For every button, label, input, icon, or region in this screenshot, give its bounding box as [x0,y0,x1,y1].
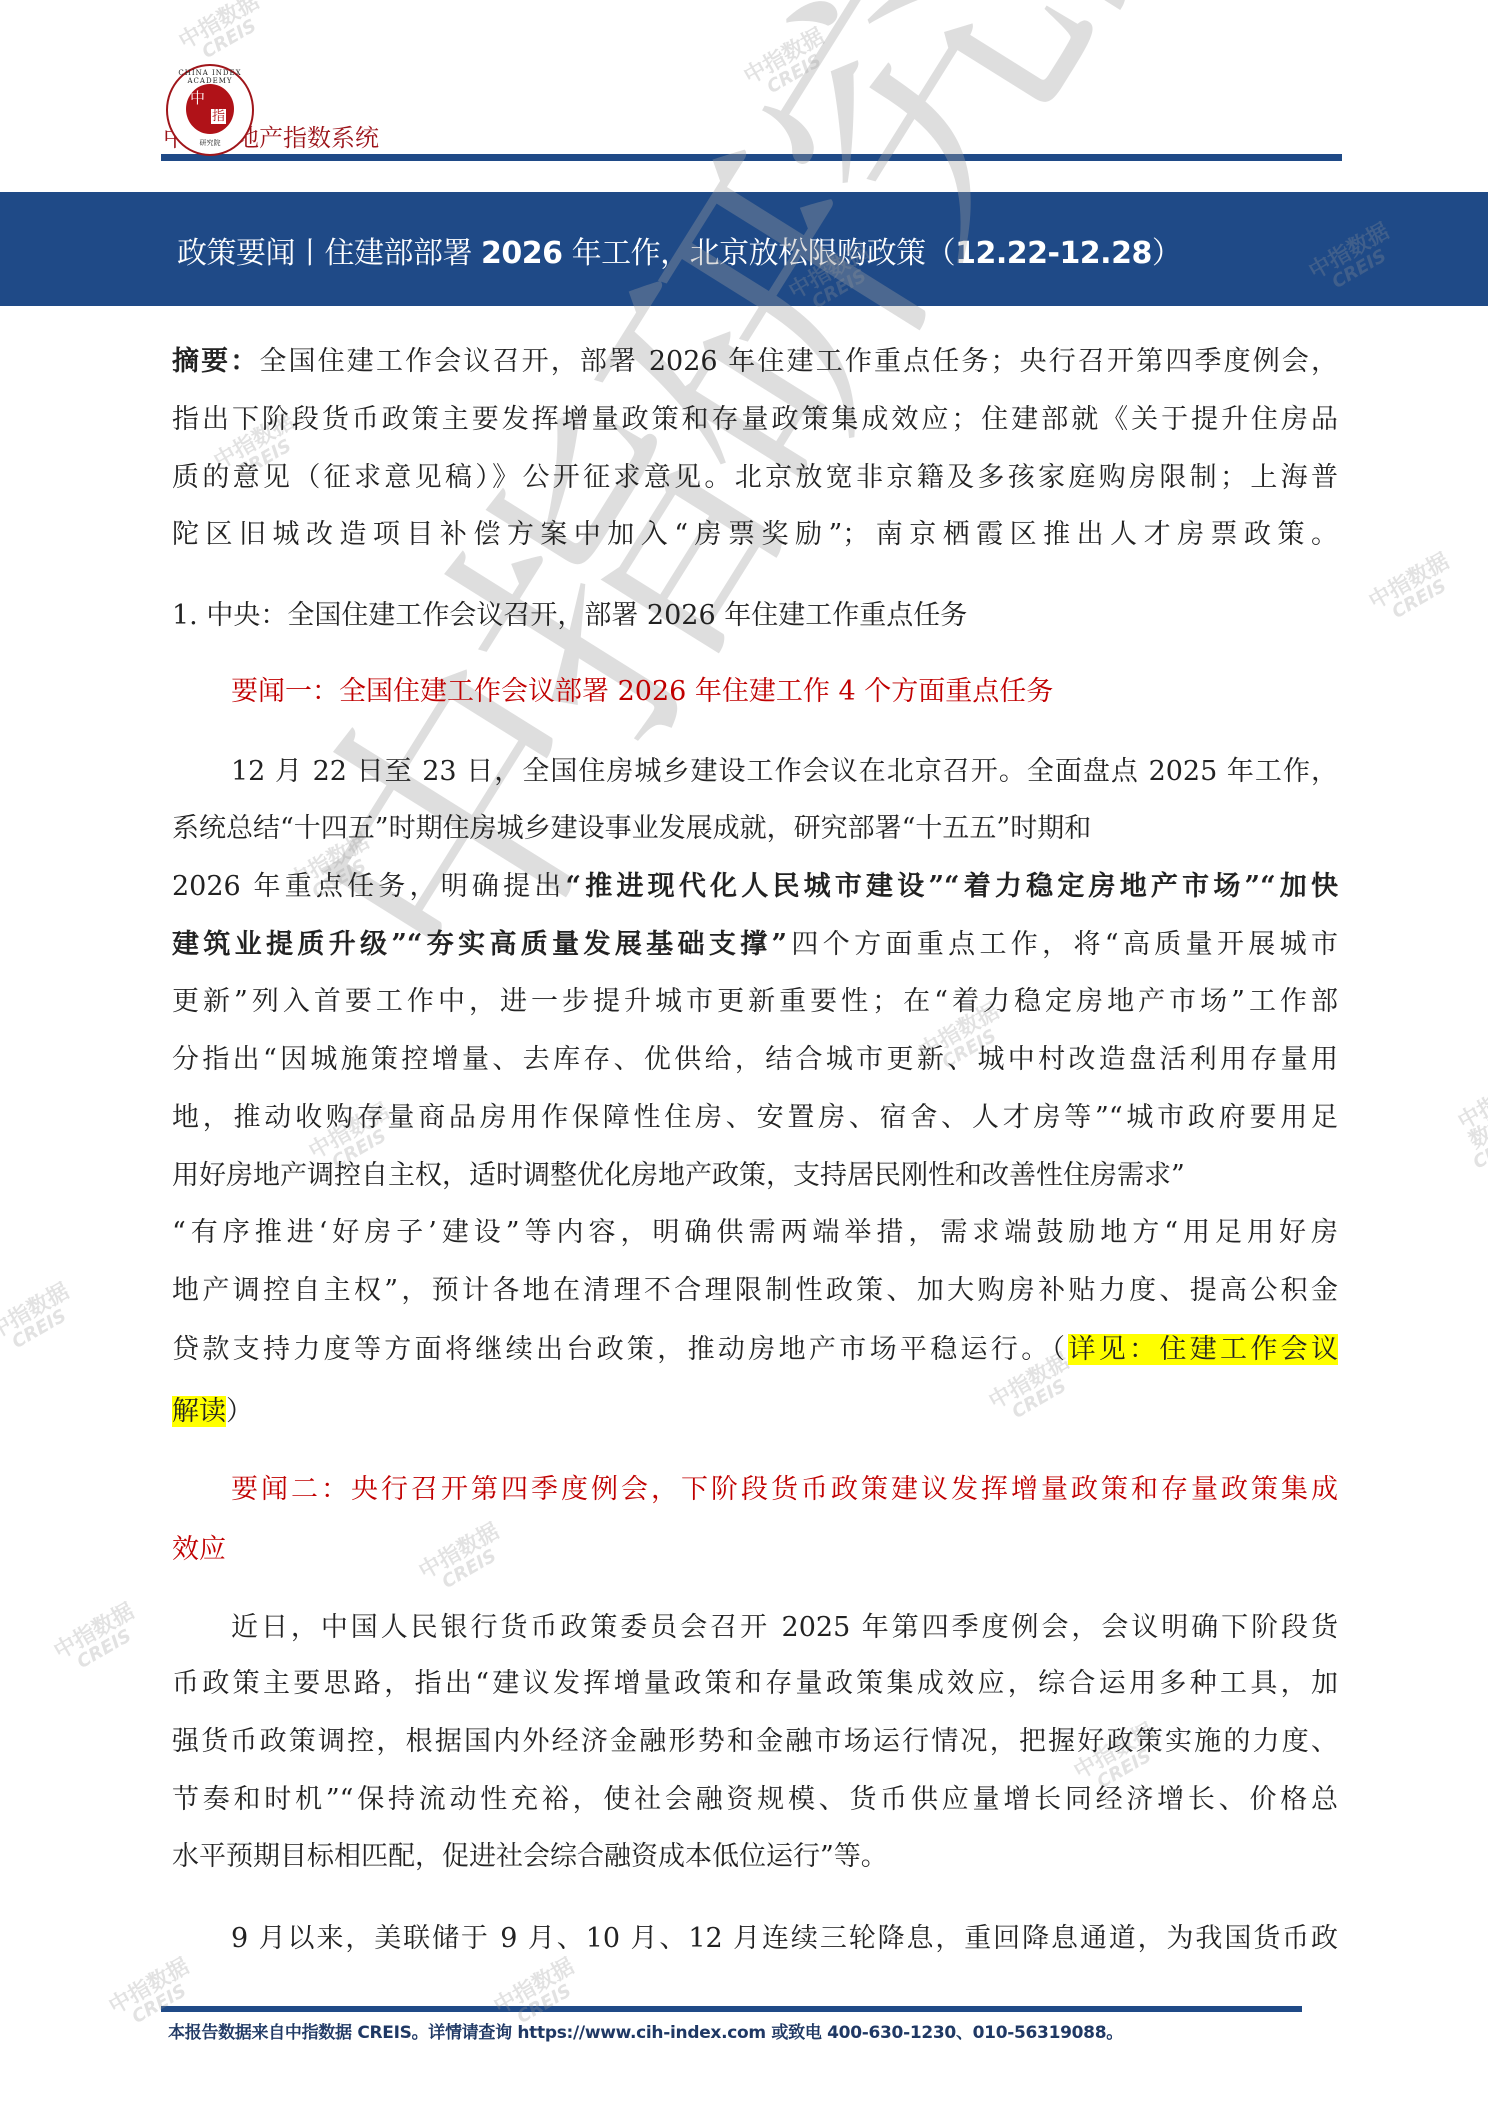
paragraph-line: 强货币政策调控，根据国内外经济金融形势和金融市场运行情况，把握好政策实施的力度、 [172,1722,1338,1762]
watermark-en: CREIS [1377,570,1462,630]
logo-ring-text: CHINA INDEX ACADEMY [168,69,252,85]
paragraph-line: 系统总结“十四五”时期住房城乡建设事业发展成就，研究部署“十五五”时期和 [172,809,1338,849]
logo-char-zhi: 指 [211,109,226,124]
paragraph-line: 地产调控自主权”，预计各地在清理不合理限制性政策、加大购房补贴力度、提高公积金 [172,1271,1338,1311]
paragraph-line: 2026 年重点任务，明确提出“推进现代化人民城市建设”“着力稳定房地产市场”“… [172,867,1338,907]
watermark-cn: 中指数据 [0,1281,73,1344]
watermark-cn: 中指数据 [1366,551,1453,614]
watermark-icon: 中指数据CREIS [0,1281,82,1360]
text: ） [226,1396,253,1427]
watermark-cn: 中指数据 [51,1601,138,1664]
title-text-2: 年工作，北京放松限购政策（ [563,236,956,271]
abstract-text: 全国住建工作会议召开，部署 2026 年住建工作重点任务；央行召开第四季度例会， [259,346,1338,377]
news-heading-2-cont: 效应 [172,1530,1338,1570]
watermark-cn: 中指数据 [1448,1089,1488,1157]
logo-char-zhong: 中 [190,87,205,108]
paragraph-line: 节奏和时机”“保持流动性充裕，使社会融资规模、货币供应量增长同经济增长、价格总 [172,1780,1338,1820]
paragraph-line: 9 月以来，美联储于 9 月、10 月、12 月连续三轮降息，重回降息通道，为我… [231,1919,1338,1959]
detail-link[interactable]: 详见：住建工作会议 [1068,1334,1338,1365]
paragraph-line: 水平预期目标相匹配，促进社会综合融资成本低位运行”等。 [172,1837,1338,1877]
watermark-icon: 中指数据CREIS [51,1601,147,1680]
paragraph-line: 贷款支持力度等方面将继续出台政策，推动房地产市场平稳运行。（详见：住建工作会议 [172,1330,1338,1370]
paragraph-line: 更新”列入首要工作中，进一步提升城市更新重要性；在“着力稳定房地产市场”工作部 [172,982,1338,1022]
paragraph-line: 地，推动收购存量商品房用作保障性住房、安置房、宿舍、人才房等”“城市政府要用足 [172,1098,1338,1138]
paragraph-line: “有序推进‘好房子’建设”等内容，明确供需两端举措，需求端鼓励地方“用足用好房 [172,1213,1338,1253]
watermark-en: CREIS [752,45,837,105]
watermark-en: CREIS [187,10,272,70]
page-title: 政策要闻丨住建部部署 2026 年工作，北京放松限购政策（12.22-12.28… [177,228,1181,272]
watermark-en: CREIS [62,1620,147,1680]
watermark-icon: 中指数据CREIS [741,26,837,105]
news-heading-1: 要闻一：全国住建工作会议部署 2026 年住建工作 4 个方面重点任务 [231,672,1338,712]
watermark-en: CREIS [1470,1128,1488,1173]
news-heading-2: 要闻二：央行召开第四季度例会，下阶段货币政策建议发挥增量政策和存量政策集成 [231,1470,1338,1510]
header-rule [161,154,1342,161]
china-index-academy-logo: CHINA INDEX ACADEMY 中 指 研究院 [166,64,254,156]
logo-ring-bottom-text: 研究院 [168,138,252,148]
paragraph-line: 12 月 22 日至 23 日，全国住房城乡建设工作会议在北京召开。全面盘点 2… [231,752,1338,792]
watermark-cn: 中指数据 [176,0,263,54]
text: 四个方面重点工作，将“高质量开展城市 [787,929,1338,960]
watermark-icon: 中指数据CREIS [1366,551,1462,630]
bold-text: “推进现代化人民城市建设”“着力稳定房地产市场”“加快 [566,871,1338,902]
abstract-line: 摘要：全国住建工作会议召开，部署 2026 年住建工作重点任务；央行召开第四季度… [172,342,1338,382]
paragraph-line: 用好房地产调控自主权，适时调整优化房地产政策，支持居民刚性和改善性住房需求” [172,1156,1338,1196]
paragraph-line: 解读） [172,1392,1338,1432]
watermark-icon: 中指数据CREIS [176,0,272,69]
paragraph-line: 分指出“因城施策控增量、去库存、优供给，结合城市更新、城中村改造盘活利用存量用 [172,1040,1338,1080]
title-text-3: ） [1152,236,1182,271]
abstract-label: 摘要： [172,346,259,377]
watermark-en: CREIS [0,1300,82,1360]
title-year: 2026 [481,236,563,271]
detail-link-cont[interactable]: 解读 [172,1396,226,1427]
text: 贷款支持力度等方面将继续出台政策，推动房地产市场平稳运行。（ [172,1334,1068,1365]
bold-text: 建筑业提质升级”“夯实高质量发展基础支撑” [172,929,787,960]
paragraph-line: 建筑业提质升级”“夯实高质量发展基础支撑”四个方面重点工作，将“高质量开展城市 [172,925,1338,965]
title-text-1: 政策要闻丨住建部部署 [177,236,481,271]
text: 2026 年重点任务，明确提出 [172,871,566,902]
watermark-cn: 中指数据 [741,26,828,89]
paragraph-line: 币政策主要思路，指出“建议发挥增量政策和存量政策集成效应，综合运用多种工具，加 [172,1664,1338,1704]
section-heading: 1. 中央：全国住建工作会议召开，部署 2026 年住建工作重点任务 [172,596,1338,636]
paragraph-line: 近日，中国人民银行货币政策委员会召开 2025 年第四季度例会，会议明确下阶段货 [231,1608,1338,1648]
footer-rule [161,2006,1302,2012]
title-dates: 12.22-12.28 [955,236,1152,271]
footer-source-note: 本报告数据来自中指数据 CREIS。详情请查询 https://www.cih-… [168,2018,1123,2043]
abstract-line: 质的意见（征求意见稿）》公开征求意见。北京放宽非京籍及多孩家庭购房限制；上海普 [172,458,1338,498]
abstract-line: 指出下阶段货币政策主要发挥增量政策和存量政策集成效应；住建部就《关于提升住房品 [172,400,1338,440]
abstract-line: 陀区旧城改造项目补偿方案中加入“房票奖励”；南京栖霞区推出人才房票政策。 [172,515,1338,555]
watermark-icon: 中指数据CREIS [1448,1089,1488,1172]
